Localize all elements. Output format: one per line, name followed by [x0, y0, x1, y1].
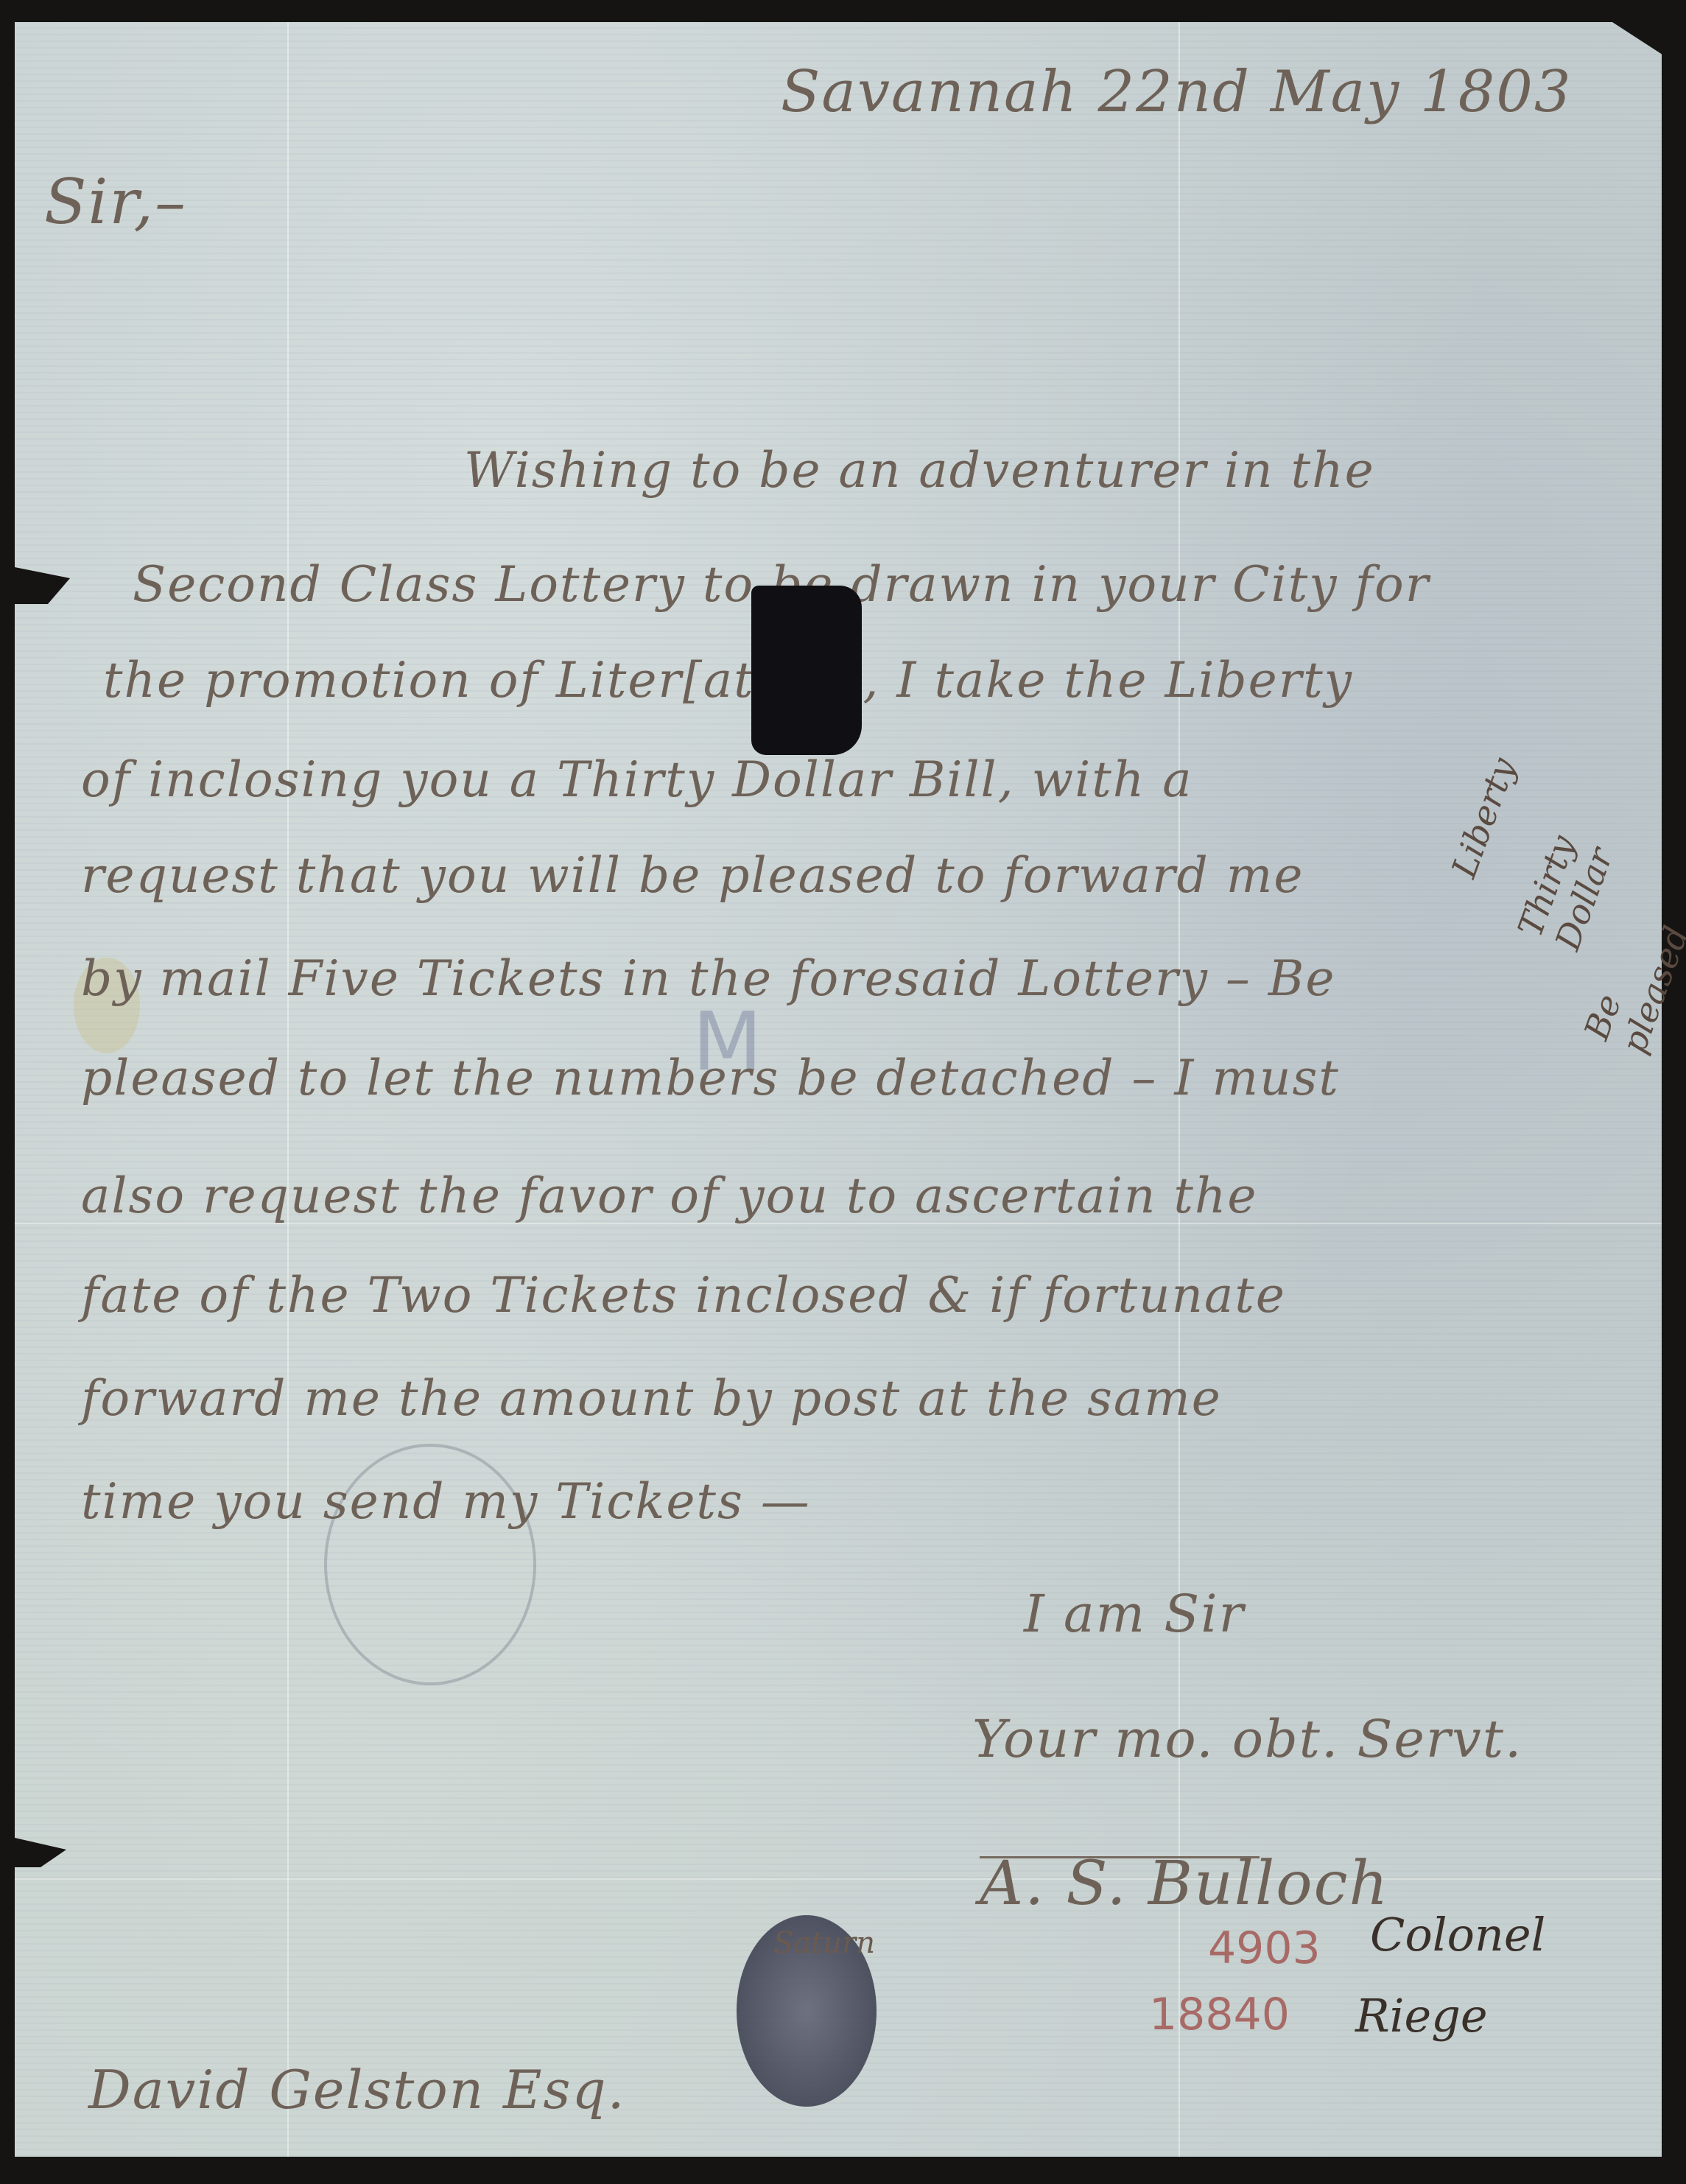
body-line: by mail Five Tickets in the foresaid Lot… — [81, 950, 1335, 1007]
body-line: the promotion of Liter[ature], I take th… — [103, 652, 1353, 709]
recipient-address: David Gelston Esq. — [88, 2059, 625, 2121]
archive-note: Colonel — [1370, 1908, 1545, 1962]
signature: A. S. Bulloch — [980, 1849, 1389, 1919]
body-line: pleased to let the numbers be detached –… — [81, 1050, 1340, 1106]
salutation: Sir,– — [44, 166, 187, 238]
archive-number: 4903 — [1208, 1923, 1321, 1974]
closing-line: Your mo. obt. Servt. — [972, 1709, 1522, 1769]
body-line: forward me the amount by post at the sam… — [81, 1370, 1222, 1427]
archive-number: 18840 — [1149, 1989, 1290, 2040]
signature-flourish — [980, 1856, 1260, 1858]
ink-blot — [751, 586, 862, 755]
archive-note: Riege — [1355, 1989, 1488, 2043]
body-line: Wishing to be an adventurer in the — [464, 442, 1375, 499]
body-line: also request the favor of you to ascerta… — [81, 1168, 1257, 1224]
fold-line-horizontal — [15, 1878, 1662, 1880]
body-line: request that you will be pleased to forw… — [81, 847, 1304, 904]
place-date: Savannah 22nd May 1803 — [781, 59, 1572, 125]
closing-line: I am Sir — [1024, 1584, 1245, 1644]
seal-text: Saturn — [773, 1926, 875, 1960]
body-line: of inclosing you a Thirty Dollar Bill, w… — [81, 751, 1193, 808]
body-line: fate of the Two Tickets inclosed & if fo… — [81, 1267, 1286, 1324]
body-line: time you send my Tickets — — [81, 1473, 811, 1530]
